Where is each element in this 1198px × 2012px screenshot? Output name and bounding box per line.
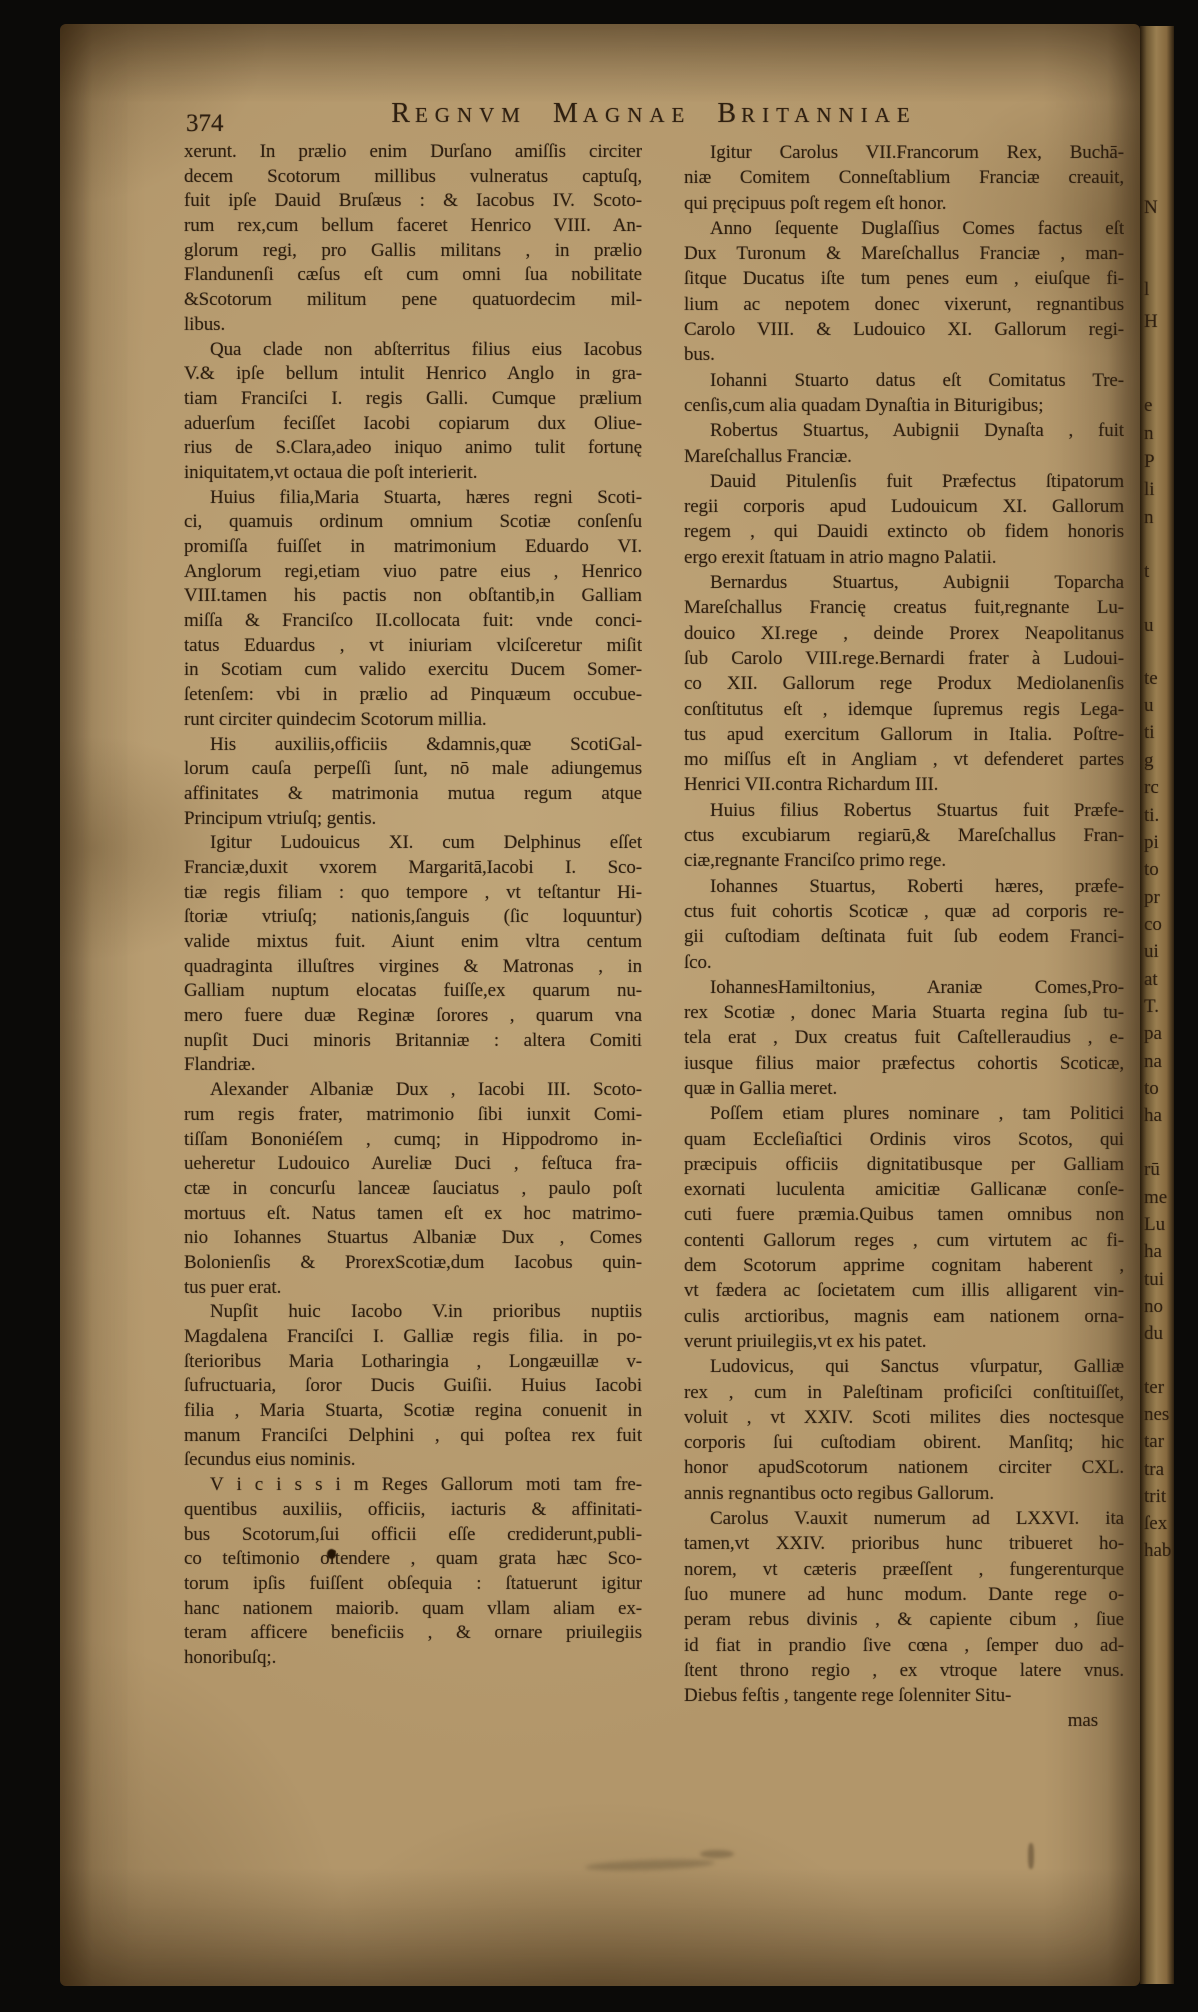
text-line: regii corporis apud Ludouicum XI. Gallor… xyxy=(684,494,1124,519)
text-line: Nupſit huic Iacobo V.in prioribus nuptii… xyxy=(184,1300,642,1325)
text-line: ſterioribus Maria Lotharingia , Longæuil… xyxy=(184,1350,642,1375)
facing-page-text-fragment: du xyxy=(1144,1324,1163,1344)
text-line: tus puer erat. xyxy=(184,1276,642,1301)
facing-page-text-fragment: rū xyxy=(1144,1160,1160,1180)
text-line: bus. xyxy=(684,342,1124,367)
text-line: Ludovicus, qui Sanctus vſurpatur, Galliæ xyxy=(684,1354,1124,1379)
text-line: tus apud exercitum Gallorum in Italia. P… xyxy=(684,722,1124,747)
text-line: Alexander Albaniæ Dux , Iacobi III. Scot… xyxy=(184,1078,642,1103)
text-line: lium ac nepotem donec vixerunt, regnanti… xyxy=(684,292,1124,317)
text-line: peram rebus divinis , & capiente cibum ,… xyxy=(684,1607,1124,1632)
header-word: Regnvm xyxy=(391,98,527,130)
text-line: ſetenſem: vbi in prælio ad Pinquæum occu… xyxy=(184,683,642,708)
text-line: ctæ in concurſu lanceæ ſauciatus , paulo… xyxy=(184,1177,642,1202)
text-line: Robertus Stuartus, Aubignii Dynaſta , fu… xyxy=(684,418,1124,443)
text-line: mo miſſus eſt in Angliam , vt defenderet… xyxy=(684,747,1124,772)
text-line: tiam Franciſci I. regis Galli. Cumque pr… xyxy=(184,387,642,412)
text-line: vt fædera ac ſocietatem cum illis alliga… xyxy=(684,1278,1124,1303)
facing-page-text-fragment: ui xyxy=(1144,942,1159,962)
text-line: libus. xyxy=(184,313,642,338)
facing-page-text-fragment: to xyxy=(1144,1079,1159,1099)
text-line: hanc nationem maiorib. quam vllam aliam … xyxy=(184,1597,642,1622)
paragraph: Qua clade non abſterritus filius eius Ia… xyxy=(184,338,642,486)
text-line: VIII.tamen his pactis non obſtantib,in G… xyxy=(184,584,642,609)
text-line: runt circiter quindecim Scotorum millia. xyxy=(184,708,642,733)
text-line: filia , Maria Stuarta, Scotiæ regina con… xyxy=(184,1399,642,1424)
text-line: promiſſa fuiſſet in matrimonium Eduardo … xyxy=(184,535,642,560)
paragraph: Poſſem etiam plures nominare , tam Polit… xyxy=(684,1101,1124,1354)
text-line: rius de S.Clara,adeo iniquo animo tulit … xyxy=(184,436,642,461)
text-line: ſitque Ducatus iſte tum penes eum , eiuſ… xyxy=(684,266,1124,291)
text-line: Diebus feſtis , tangente rege ſolenniter… xyxy=(684,1683,1124,1708)
text-line: Principum vtriuſq; gentis. xyxy=(184,807,642,832)
text-line: tatus Eduardus , vt iniuriam vlciſceretu… xyxy=(184,634,642,659)
facing-page-text-fragment: ha xyxy=(1144,1106,1162,1126)
text-line: tiæ regis filiam : quo tempore , vt teſt… xyxy=(184,881,642,906)
paragraph: xerunt. In prælio enim Durſano amiſſis c… xyxy=(184,140,642,338)
facing-page-text-fragment: no xyxy=(1144,1297,1163,1317)
text-line: exornati luculenta amicitiæ Gallicanæ co… xyxy=(684,1177,1124,1202)
facing-page-text-fragment: trit xyxy=(1144,1487,1166,1507)
text-line: V.& ipſe bellum intulit Henrico Anglo in… xyxy=(184,362,642,387)
text-line: ctus excubiarum regiarū,& Mareſchallus F… xyxy=(684,823,1124,848)
paragraph: IohannesHamiltonius, Araniæ Comes,Pro-re… xyxy=(684,975,1124,1101)
text-line: voluit , vt XXIV. Scoti milites dies noc… xyxy=(684,1405,1124,1430)
text-line: Bernardus Stuartus, Aubignii Toparcha xyxy=(684,570,1124,595)
paragraph: Dauid Pitulenſis fuit Præfectus ſtipator… xyxy=(684,469,1124,570)
paragraph: Alexander Albaniæ Dux , Iacobi III. Scot… xyxy=(184,1078,642,1300)
text-line: contenti Gallorum reges , cum virtutem a… xyxy=(684,1228,1124,1253)
text-line: affinitates & matrimonia mutua regum atq… xyxy=(184,782,642,807)
text-line: douico XI.rege , deinde Prorex Neapolita… xyxy=(684,621,1124,646)
paragraph: Igitur Ludouicus XI. cum Delphinus eſſet… xyxy=(184,831,642,1078)
facing-page-text-fragment: pi xyxy=(1144,833,1159,853)
text-line: Dux Turonum & Mareſchallus Franciæ , man… xyxy=(684,241,1124,266)
facing-page-edge-strip: NlHenPlintuteutigrcti.pitoprcouiatT.pana… xyxy=(1140,26,1174,1984)
text-line: bus Scotorum,ſui officii eſſe crediderun… xyxy=(184,1523,642,1548)
text-line: annis regnantibus octo regibus Gallorum. xyxy=(684,1481,1124,1506)
text-line: fuit ipſe Dauid Bruſæus : & Iacobus IV. … xyxy=(184,189,642,214)
text-line: aduerſum feciſſet Iacobi copiarum dux Ol… xyxy=(184,412,642,437)
text-line: Huius filius Robertus Stuartus fuit Præf… xyxy=(684,798,1124,823)
facing-page-text-fragment: to xyxy=(1144,860,1159,880)
text-line: verunt priuilegiis,vt ex his patet. xyxy=(684,1329,1124,1354)
paragraph: Bernardus Stuartus, Aubignii ToparchaMar… xyxy=(684,570,1124,798)
running-header: RegnvmMagnaeBritanniae xyxy=(184,98,1124,130)
scanner-background: { "colors":{ "background":"#0b0a08", "pa… xyxy=(0,0,1198,2012)
facing-page-text-fragment: T. xyxy=(1144,997,1159,1017)
text-line: Anglorum regi,etiam viuo patre eius , He… xyxy=(184,560,642,585)
text-line: Carolus V.auxit numerum ad LXXVI. ita xyxy=(684,1506,1124,1531)
facing-page-text-fragment: ſex xyxy=(1144,1514,1167,1534)
paragraph: His auxiliis,officiis &damnis,quæ ScotiG… xyxy=(184,733,642,832)
facing-page-text-fragment: P xyxy=(1144,452,1155,472)
text-line: Henrici VII.contra Richardum III. xyxy=(684,772,1124,797)
text-line: Flandunenſi cæſus eſt cum omni ſua nobil… xyxy=(184,263,642,288)
text-line: &Scotorum militum pene quatuordecim mil- xyxy=(184,288,642,313)
text-line: Franciæ,duxit vxorem Margaritā,Iacobi I.… xyxy=(184,856,642,881)
text-line: id fiat in prandio ſive cœna , ſemper du… xyxy=(684,1633,1124,1658)
text-line: ergo erexit ſtatuam in atrio magno Palat… xyxy=(684,545,1124,570)
text-line: lorum cauſa perpeſſi ſunt, nō male adiun… xyxy=(184,757,642,782)
text-line: Poſſem etiam plures nominare , tam Polit… xyxy=(684,1101,1124,1126)
text-line: Iohannes Stuartus, Roberti hæres, præfe- xyxy=(684,874,1124,899)
text-line: præcipuis officiis dignitatibusque per G… xyxy=(684,1152,1124,1177)
paragraph: Iohanni Stuarto datus eſt Comitatus Tre-… xyxy=(684,368,1124,419)
ink-blot xyxy=(327,1549,336,1559)
text-line: Carolo VIII. & Ludouico XI. Gallorum reg… xyxy=(684,317,1124,342)
facing-page-text-fragment: rc xyxy=(1144,778,1159,798)
text-line: rum regis frater, matrimonio ſibi iunxit… xyxy=(184,1103,642,1128)
facing-page-text-fragment: te xyxy=(1144,669,1158,689)
facing-page-text-fragment: na xyxy=(1144,1052,1162,1072)
text-line: His auxiliis,officiis &damnis,quæ ScotiG… xyxy=(184,733,642,758)
text-line: ſtent throno regio , ex vtroque latere v… xyxy=(684,1658,1124,1683)
text-line: quæ in Gallia meret. xyxy=(684,1076,1124,1101)
text-line: corporis ſui cuſtodiam obirent. Manſitq;… xyxy=(684,1430,1124,1455)
facing-page-text-fragment: ha xyxy=(1144,1242,1162,1262)
facing-page-text-fragment: N xyxy=(1144,198,1158,218)
facing-page-text-fragment: t xyxy=(1144,562,1149,582)
smudge xyxy=(1028,1843,1034,1869)
text-line: dem Scotorum apprime cognitam haberent , xyxy=(684,1253,1124,1278)
text-line: Igitur Carolus VII.Francorum Rex, Buchā- xyxy=(684,140,1124,165)
facing-page-text-fragment: ter xyxy=(1144,1378,1164,1398)
text-line: ſco. xyxy=(684,950,1124,975)
text-line: rex Scotiæ , donec Maria Stuarta regina … xyxy=(684,1000,1124,1025)
facing-page-text-fragment: u xyxy=(1144,616,1154,636)
header-word: Magnae xyxy=(553,98,691,130)
facing-page-text-fragment: e xyxy=(1144,396,1152,416)
text-line: cuti fuere præmia.Quibus tamen omnibus n… xyxy=(684,1202,1124,1227)
text-line: regem , qui Dauidi extincto ob fidem hon… xyxy=(684,519,1124,544)
facing-page-text-fragment: tar xyxy=(1144,1432,1164,1452)
text-line: honoribuſq;. xyxy=(184,1646,642,1671)
text-line: Dauid Pitulenſis fuit Præfectus ſtipator… xyxy=(684,469,1124,494)
text-line: xerunt. In prælio enim Durſano amiſſis c… xyxy=(184,140,642,165)
text-line: co teſtimonio oſtendere , quam grata hæc… xyxy=(184,1547,642,1572)
text-line: gii cuſtodiam deſtinata fuit ſub eodem F… xyxy=(684,924,1124,949)
text-line: miſſa & Franciſco II.collocata fuit: vnd… xyxy=(184,609,642,634)
text-line: conſtitutus eſt , idemque ſupremus regis… xyxy=(684,697,1124,722)
facing-page-text-fragment: ti xyxy=(1144,723,1155,743)
text-line: V i c i s s i m Reges Gallorum moti tam … xyxy=(184,1473,642,1498)
text-line: manum Franciſci Delphini , qui poſtea re… xyxy=(184,1424,642,1449)
facing-page-text-fragment: tra xyxy=(1144,1460,1164,1480)
text-line: ſufructuaria, ſoror Ducis Guiſii. Huius … xyxy=(184,1374,642,1399)
text-line: qui pręcipuus poſt regem eſt honor. xyxy=(684,191,1124,216)
text-line: Magdalena Franciſci I. Galliæ regis fili… xyxy=(184,1325,642,1350)
paragraph: Huius filia,Maria Stuarta, hæres regni S… xyxy=(184,486,642,733)
header-word: Britanniae xyxy=(717,98,916,130)
text-line: Bolonienſis & ProrexScotiæ,dum Iacobus q… xyxy=(184,1251,642,1276)
catchword: mas xyxy=(684,1708,1124,1733)
text-line: ci, quamuis ordinum omnium Scotiæ conſen… xyxy=(184,510,642,535)
text-line: ſuo munere ad hunc modum. Dante rege o- xyxy=(684,1582,1124,1607)
text-line: teram afficere beneficiis , & ornare pri… xyxy=(184,1621,642,1646)
text-line: IohannesHamiltonius, Araniæ Comes,Pro- xyxy=(684,975,1124,1000)
text-line: quam Eccleſiaſtici Ordinis viros Scotos,… xyxy=(684,1127,1124,1152)
text-line: ſub Carolo VIII.rege.Bernardi frater à L… xyxy=(684,646,1124,671)
text-line: rum rex,cum bellum faceret Henrico VIII.… xyxy=(184,214,642,239)
text-line: Igitur Ludouicus XI. cum Delphinus eſſet xyxy=(184,831,642,856)
text-line: quadraginta illuſtres virgines & Matrona… xyxy=(184,955,642,980)
text-line: tela erat , Dux creatus fuit Caſtellerau… xyxy=(684,1025,1124,1050)
text-line: rex , cum in Paleſtinam proficiſci conſt… xyxy=(684,1380,1124,1405)
paragraph: V i c i s s i m Reges Gallorum moti tam … xyxy=(184,1473,642,1671)
text-line: Iohanni Stuarto datus eſt Comitatus Tre- xyxy=(684,368,1124,393)
text-line: nio Iohannes Stuartus Albaniæ Dux , Come… xyxy=(184,1226,642,1251)
facing-page-text-fragment: ti. xyxy=(1144,806,1159,826)
text-line: co XII. Gallorum rege Produx Mediolanenſ… xyxy=(684,671,1124,696)
text-line: Galliam nuptum elocatas fuiſſe,ex quarum… xyxy=(184,979,642,1004)
text-line: iusque filius maior præfectus cohortis S… xyxy=(684,1051,1124,1076)
paragraph: Ludovicus, qui Sanctus vſurpatur, Galliæ… xyxy=(684,1354,1124,1506)
text-line: norem, vt cæteris præeſſent , fungerentu… xyxy=(684,1557,1124,1582)
text-line: mortuus eſt. Natus tamen eſt ex hoc matr… xyxy=(184,1202,642,1227)
paragraph: Carolus V.auxit numerum ad LXXVI. itatam… xyxy=(684,1506,1124,1708)
paragraph: Anno ſequente Duglaſſius Comes factus eſ… xyxy=(684,216,1124,368)
text-line: ctus fuit cohortis Scoticæ , quæ ad corp… xyxy=(684,899,1124,924)
paragraph: Huius filius Robertus Stuartus fuit Præf… xyxy=(684,798,1124,874)
smudge xyxy=(700,1850,734,1858)
text-line: in Scotiam cum valido exercitu Ducem Som… xyxy=(184,658,642,683)
facing-page-text-fragment: at xyxy=(1144,970,1158,990)
text-line: ueheretur Ludouico Aureliæ Duci , feſtuc… xyxy=(184,1152,642,1177)
text-line: Huius filia,Maria Stuarta, hæres regni S… xyxy=(184,486,642,511)
facing-page-text-fragment: H xyxy=(1144,312,1158,332)
facing-page-text-fragment: pa xyxy=(1144,1024,1162,1044)
text-line: nupſit Duci minoris Britanniæ : altera C… xyxy=(184,1029,642,1054)
text-line: decem Scotorum millibus vulneratus captu… xyxy=(184,165,642,190)
text-column-right: Igitur Carolus VII.Francorum Rex, Buchā-… xyxy=(684,140,1124,1734)
facing-page-text-fragment: g xyxy=(1144,751,1154,771)
text-line: ſecundus eius nominis. xyxy=(184,1448,642,1473)
text-line: mero fuere duæ Reginæ ſorores , quarum v… xyxy=(184,1004,642,1029)
facing-page-text-fragment: n xyxy=(1144,424,1154,444)
text-line: niæ Comitem Conneſtablium Franciæ creaui… xyxy=(684,165,1124,190)
text-line: Mareſchallus Franciæ. xyxy=(684,444,1124,469)
text-line: quentibus auxiliis, officiis, iacturis &… xyxy=(184,1498,642,1523)
facing-page-text-fragment: n xyxy=(1144,508,1154,528)
text-line: torum ipſis fuiſſent obſequia : ſtatueru… xyxy=(184,1572,642,1597)
text-line: tiſſam Bononiéſem , cumq; in Hippodromo … xyxy=(184,1128,642,1153)
facing-page-text-fragment: Lu xyxy=(1144,1215,1165,1235)
paragraph: Nupſit huic Iacobo V.in prioribus nuptii… xyxy=(184,1300,642,1473)
facing-page-text-fragment: me xyxy=(1144,1188,1167,1208)
text-line: Flandriæ. xyxy=(184,1053,642,1078)
text-line: valide mixtus fuit. Aiunt enim vltra cen… xyxy=(184,930,642,955)
text-column-left: xerunt. In prælio enim Durſano amiſſis c… xyxy=(184,140,642,1671)
text-line: glorum regi, pro Gallis militans , in pr… xyxy=(184,239,642,264)
facing-page-text-fragment: hab xyxy=(1144,1541,1171,1561)
facing-page-text-fragment: nes xyxy=(1144,1405,1169,1425)
paragraph: Robertus Stuartus, Aubignii Dynaſta , fu… xyxy=(684,418,1124,469)
facing-page-text-fragment: li xyxy=(1144,480,1155,500)
text-line: Mareſchallus Francię creatus fuit,regnan… xyxy=(684,595,1124,620)
text-line: culis arctioribus, magnis eam nationem o… xyxy=(684,1304,1124,1329)
text-line: iniquitatem,vt octaua die poſt interieri… xyxy=(184,461,642,486)
text-line: Qua clade non abſterritus filius eius Ia… xyxy=(184,338,642,363)
text-line: honor apudScotorum nationem circiter CXL… xyxy=(684,1455,1124,1480)
text-line: ſtoriæ vtriuſq; nationis,ſanguis (ſic lo… xyxy=(184,905,642,930)
text-line: Anno ſequente Duglaſſius Comes factus eſ… xyxy=(684,216,1124,241)
text-line: cenſis,cum alia quadam Dynaſtia in Bitur… xyxy=(684,393,1124,418)
paragraph: Iohannes Stuartus, Roberti hæres, præfe-… xyxy=(684,874,1124,975)
text-line: tamen,vt XXIV. prioribus hunc tribueret … xyxy=(684,1531,1124,1556)
facing-page-text-fragment: tui xyxy=(1144,1270,1164,1290)
text-line: ciæ,regnante Franciſco primo rege. xyxy=(684,848,1124,873)
facing-page-text-fragment: l xyxy=(1144,280,1149,300)
facing-page-text-fragment: pr xyxy=(1144,888,1160,908)
facing-page-text-fragment: u xyxy=(1144,696,1154,716)
facing-page-text-fragment: co xyxy=(1144,915,1162,935)
paragraph: Igitur Carolus VII.Francorum Rex, Buchā-… xyxy=(684,140,1124,216)
